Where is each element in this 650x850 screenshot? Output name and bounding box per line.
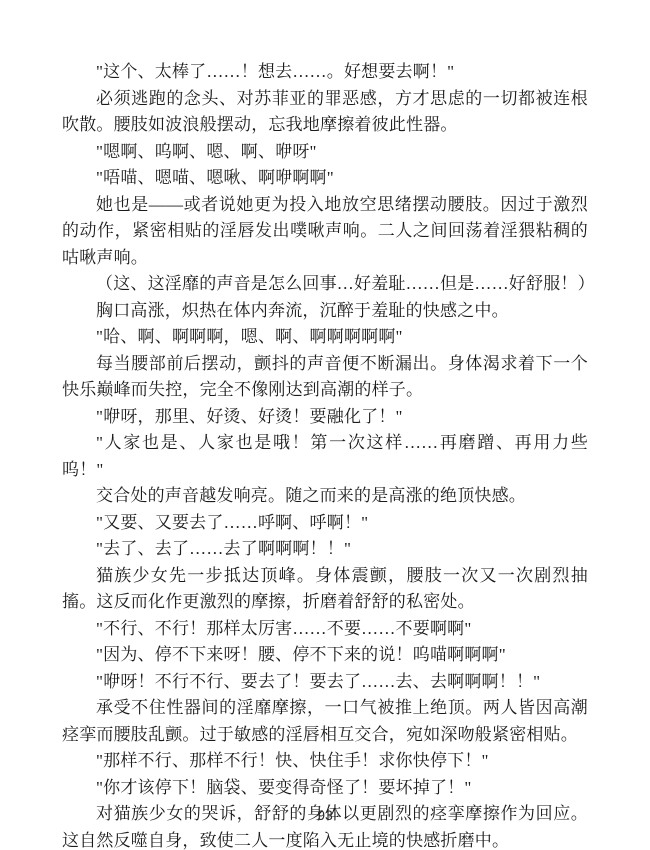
paragraph: "人家也是、人家也是哦！第一次这样……再磨蹭、再用力些呜！" (62, 430, 588, 483)
paragraph: 胸口高涨，炽热在体内奔流，沉醉于羞耻的快感之中。 (62, 298, 588, 325)
paragraph: 交合处的声音越发响亮。随之而来的是高涨的绝顶快感。 (62, 483, 588, 510)
paragraph: "这个、太棒了……！想去……。好想要去啊！" (62, 59, 588, 86)
paragraph: "嗯啊、呜啊、嗯、啊、咿呀" (62, 139, 588, 166)
paragraph: "咿呀！不行不行、要去了！要去了……去、去啊啊啊！！" (62, 669, 588, 696)
paragraph: 猫族少女先一步抵达顶峰。身体震颤，腰肢一次又一次剧烈抽搐。这反而化作更激烈的摩擦… (62, 563, 588, 616)
paragraph: 承受不住性器间的淫靡摩擦，一口气被推上绝顶。两人皆因高潮痉挛而腰肢乱颤。过于敏感… (62, 695, 588, 748)
document-page: "这个、太棒了……！想去……。好想要去啊！" 必须逃跑的念头、对苏菲亚的罪恶感，… (0, 0, 650, 850)
paragraph: "又要、又要去了……呼啊、呼啊！" (62, 510, 588, 537)
paragraph: "唔喵、嗯喵、嗯啾、啊咿啊啊" (62, 165, 588, 192)
paragraph: "不行、不行！那样太厉害……不要……不要啊啊" (62, 616, 588, 643)
paragraph: "那样不行、那样不行！快、快住手！求你快停下！" (62, 748, 588, 775)
paragraph: "因为、停不下来呀！腰、停不下来的说！呜喵啊啊啊" (62, 642, 588, 669)
page-number: 93 (0, 807, 650, 823)
paragraph: "去了、去了……去了啊啊啊！！" (62, 536, 588, 563)
paragraph: 她也是——或者说她更为投入地放空思绪摆动腰肢。因过于激烈的动作，紧密相贴的淫唇发… (62, 192, 588, 272)
paragraph: 必须逃跑的念头、对苏菲亚的罪恶感，方才思虑的一切都被连根吹散。腰肢如波浪般摆动，… (62, 86, 588, 139)
paragraph: "你才该停下！脑袋、要变得奇怪了！要坏掉了！" (62, 775, 588, 802)
paragraph: 每当腰部前后摆动，颤抖的声音便不断漏出。身体渴求着下一个快乐巅峰而失控，完全不像… (62, 351, 588, 404)
paragraph: （这、这淫靡的声音是怎么回事…好羞耻……但是……好舒服！） (62, 271, 588, 298)
text-block: "这个、太棒了……！想去……。好想要去啊！" 必须逃跑的念头、对苏菲亚的罪恶感，… (62, 59, 588, 850)
paragraph: "咿呀，那里、好烫、好烫！要融化了！" (62, 404, 588, 431)
paragraph: "哈、啊、啊啊啊，嗯、啊、啊啊啊啊啊" (62, 324, 588, 351)
